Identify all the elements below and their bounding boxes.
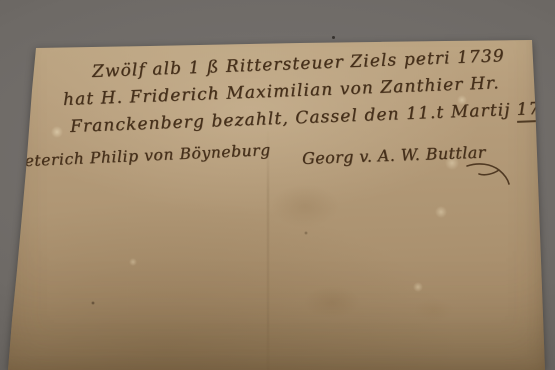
manuscript-line-3-year-underlined: 1739 — [516, 98, 555, 123]
signature-left: Dieterich Philip von Böyneburg — [6, 141, 271, 171]
signature-flourish-icon — [465, 160, 511, 186]
photo-of-manuscript: Zwölf alb 1 ß Rittersteuer Ziels petri 1… — [0, 0, 555, 370]
paper-fold-crease — [267, 130, 269, 370]
paper-sheet-wrapper: Zwölf alb 1 ß Rittersteuer Ziels petri 1… — [0, 0, 555, 370]
signature-right: Georg v. A. W. Buttlar — [302, 143, 486, 168]
manuscript-paper: Zwölf alb 1 ß Rittersteuer Ziels petri 1… — [0, 0, 555, 370]
